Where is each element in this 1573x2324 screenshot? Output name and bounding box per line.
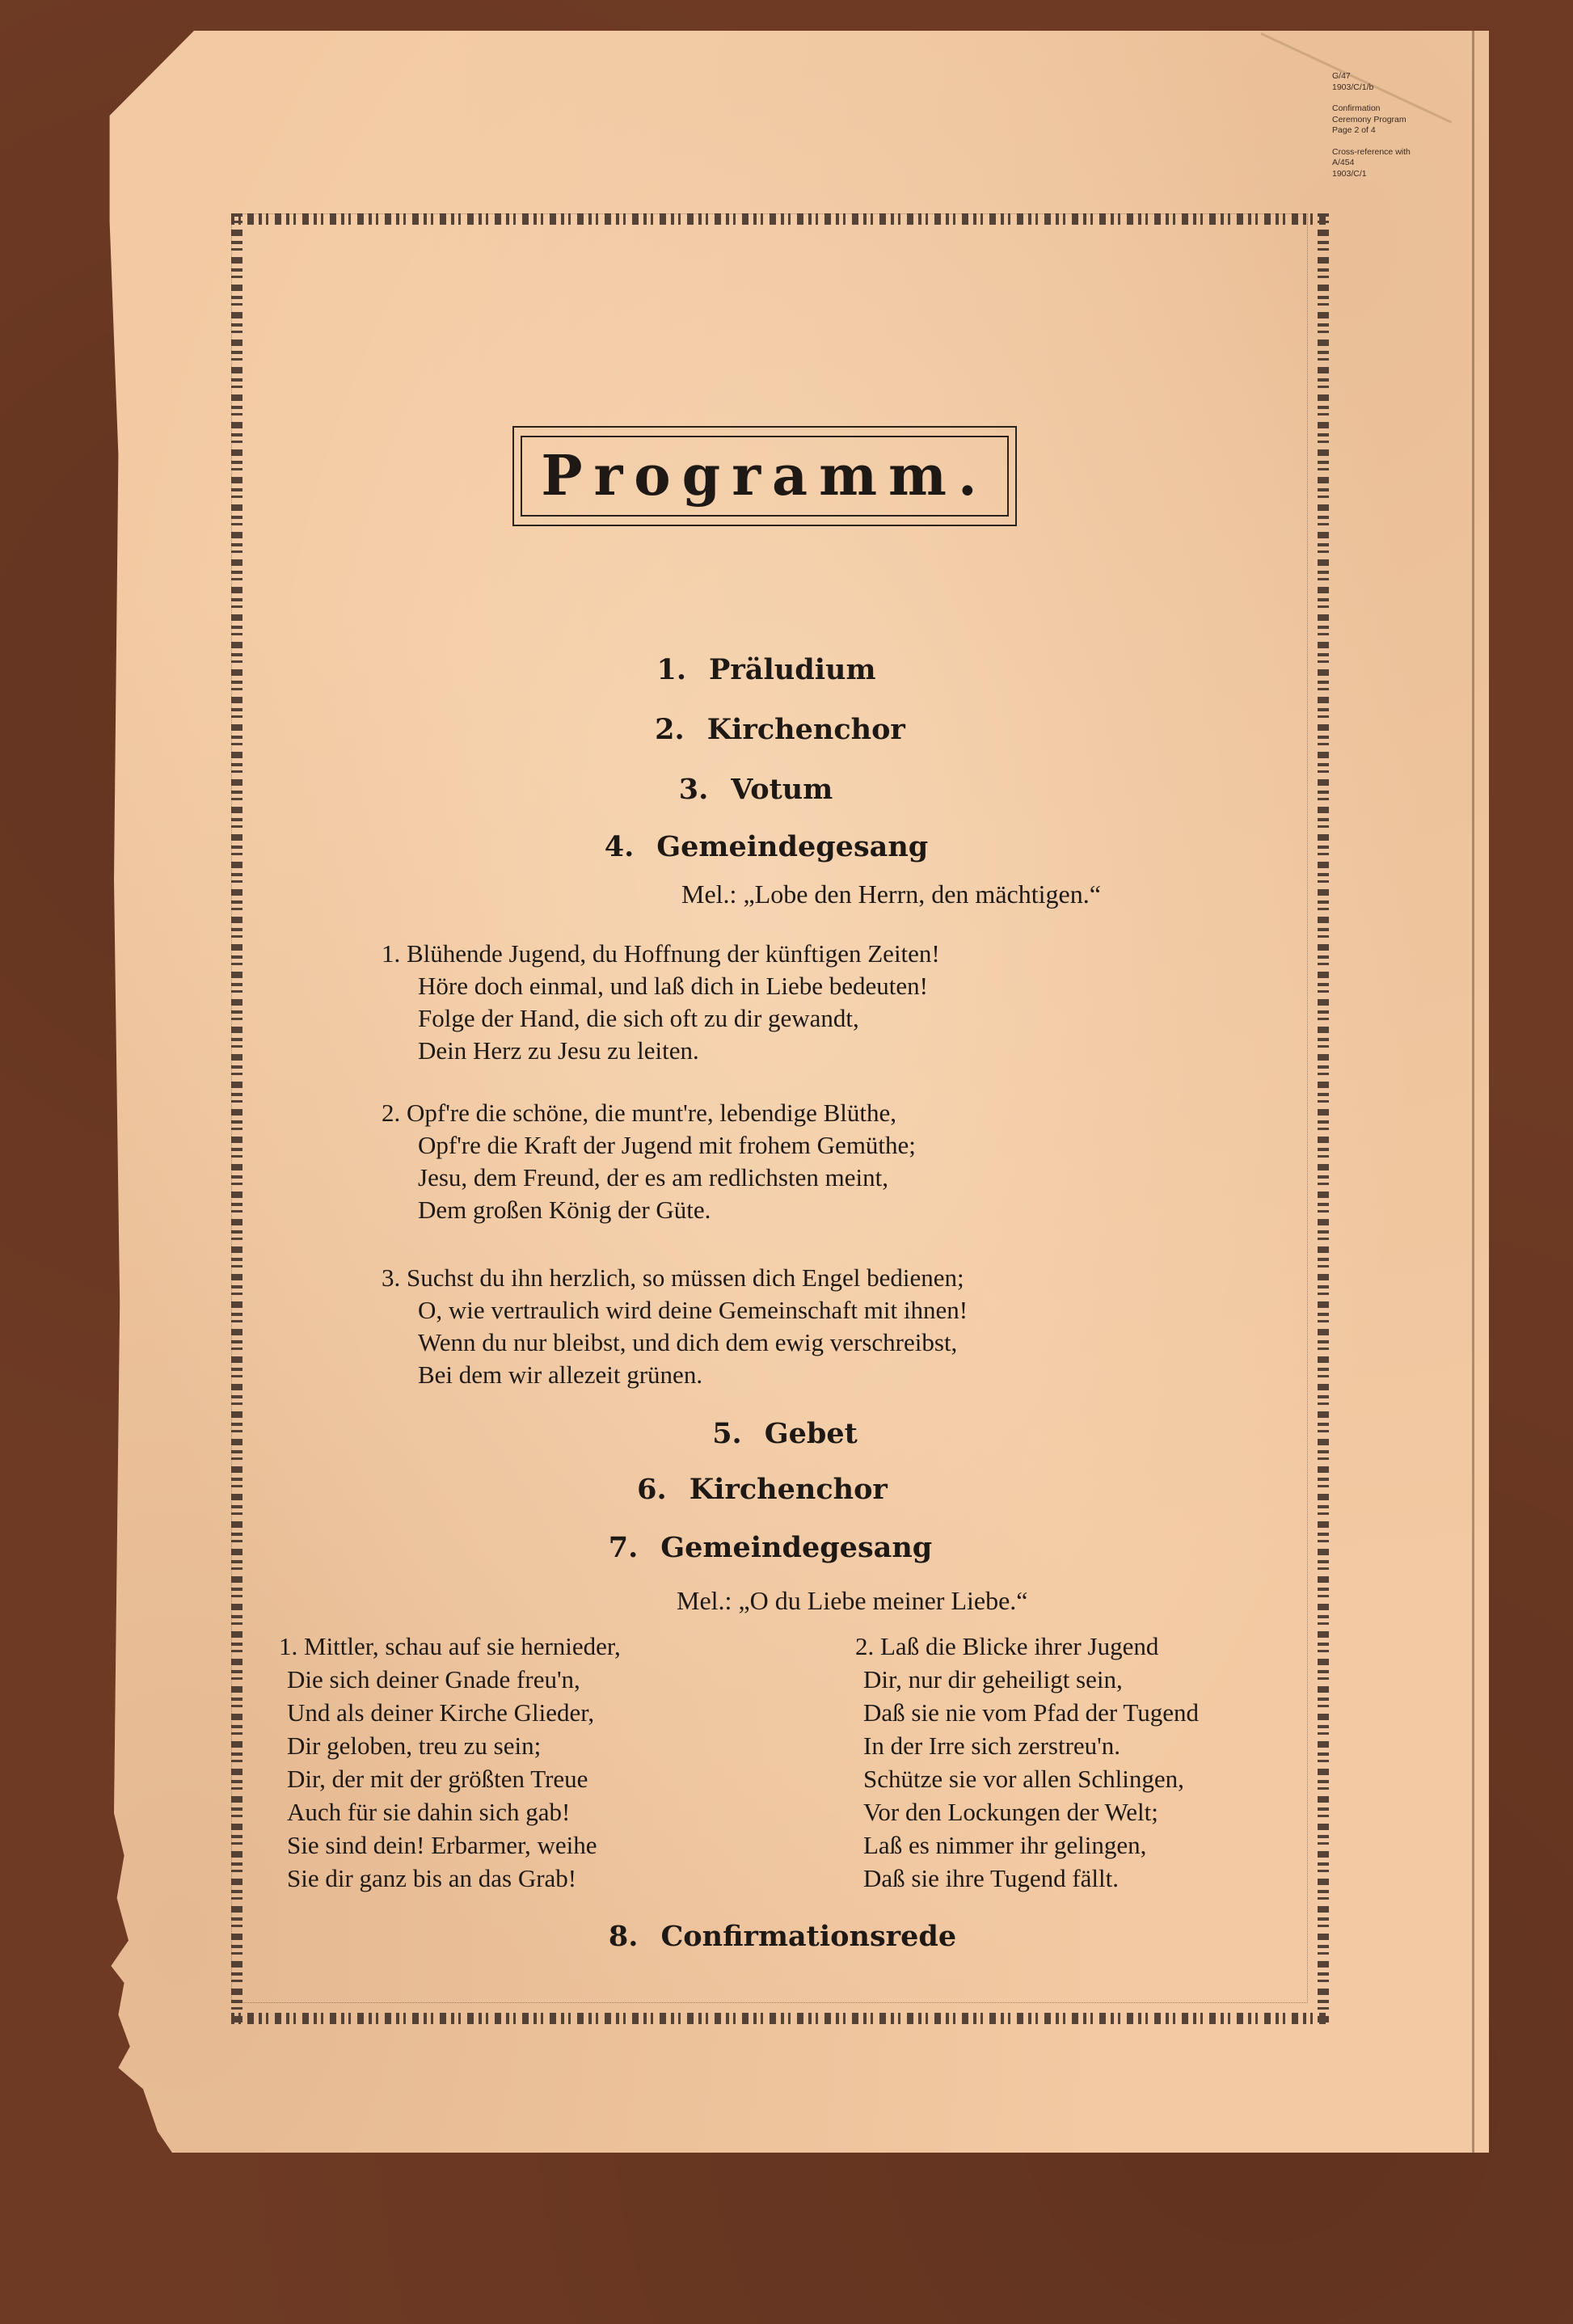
melody-note-1: Mel.: „Lobe den Herrn, den mächtigen.“ [681, 879, 1101, 909]
hymn2-verse-1: 1. Mittler, schau auf sie hernieder, Die… [279, 1630, 621, 1895]
page-fold-line [1472, 31, 1474, 2157]
program-item: 1.Präludium [0, 653, 1553, 686]
hymn1-verse-2: 2. Opf're die schöne, die munt're, leben… [382, 1097, 916, 1226]
program-item: 6.Kirchenchor [0, 1473, 1549, 1506]
archive-ref: G/47 [1332, 71, 1453, 82]
archive-desc-1: Confirmation [1332, 103, 1453, 115]
archive-xref-1: A/454 [1332, 158, 1453, 169]
page-title: Programm. [541, 444, 988, 508]
program-item: 8.Confirmationsrede [0, 1920, 1569, 1953]
program-item: 3.Votum [0, 773, 1542, 806]
program-item: 7.Gemeindegesang [0, 1531, 1557, 1564]
hymn2-verse-2: 2. Laß die Blicke ihrer Jugend Dir, nur … [855, 1630, 1199, 1895]
title-box: Programm. [512, 426, 1017, 526]
archive-code: 1903/C/1/b [1332, 82, 1453, 94]
archive-xref-2: 1903/C/1 [1332, 169, 1453, 180]
program-item: 2.Kirchenchor [0, 713, 1567, 746]
archive-annotation: G/47 1903/C/1/b Confirmation Ceremony Pr… [1332, 71, 1453, 179]
melody-note-2: Mel.: „O du Liebe meiner Liebe.“ [677, 1586, 1027, 1616]
archive-page: Page 2 of 4 [1332, 125, 1453, 137]
archive-desc-2: Ceremony Program [1332, 115, 1453, 126]
hymn1-verse-3: 3. Suchst du ihn herzlich, so müssen dic… [382, 1262, 968, 1391]
program-item: 4.Gemeindegesang [0, 830, 1553, 863]
hymn1-verse-1: 1. Blühende Jugend, du Hoffnung der künf… [382, 938, 940, 1067]
archive-xref-label: Cross-reference with [1332, 147, 1453, 158]
program-item: 5.Gebet [0, 1417, 1571, 1450]
